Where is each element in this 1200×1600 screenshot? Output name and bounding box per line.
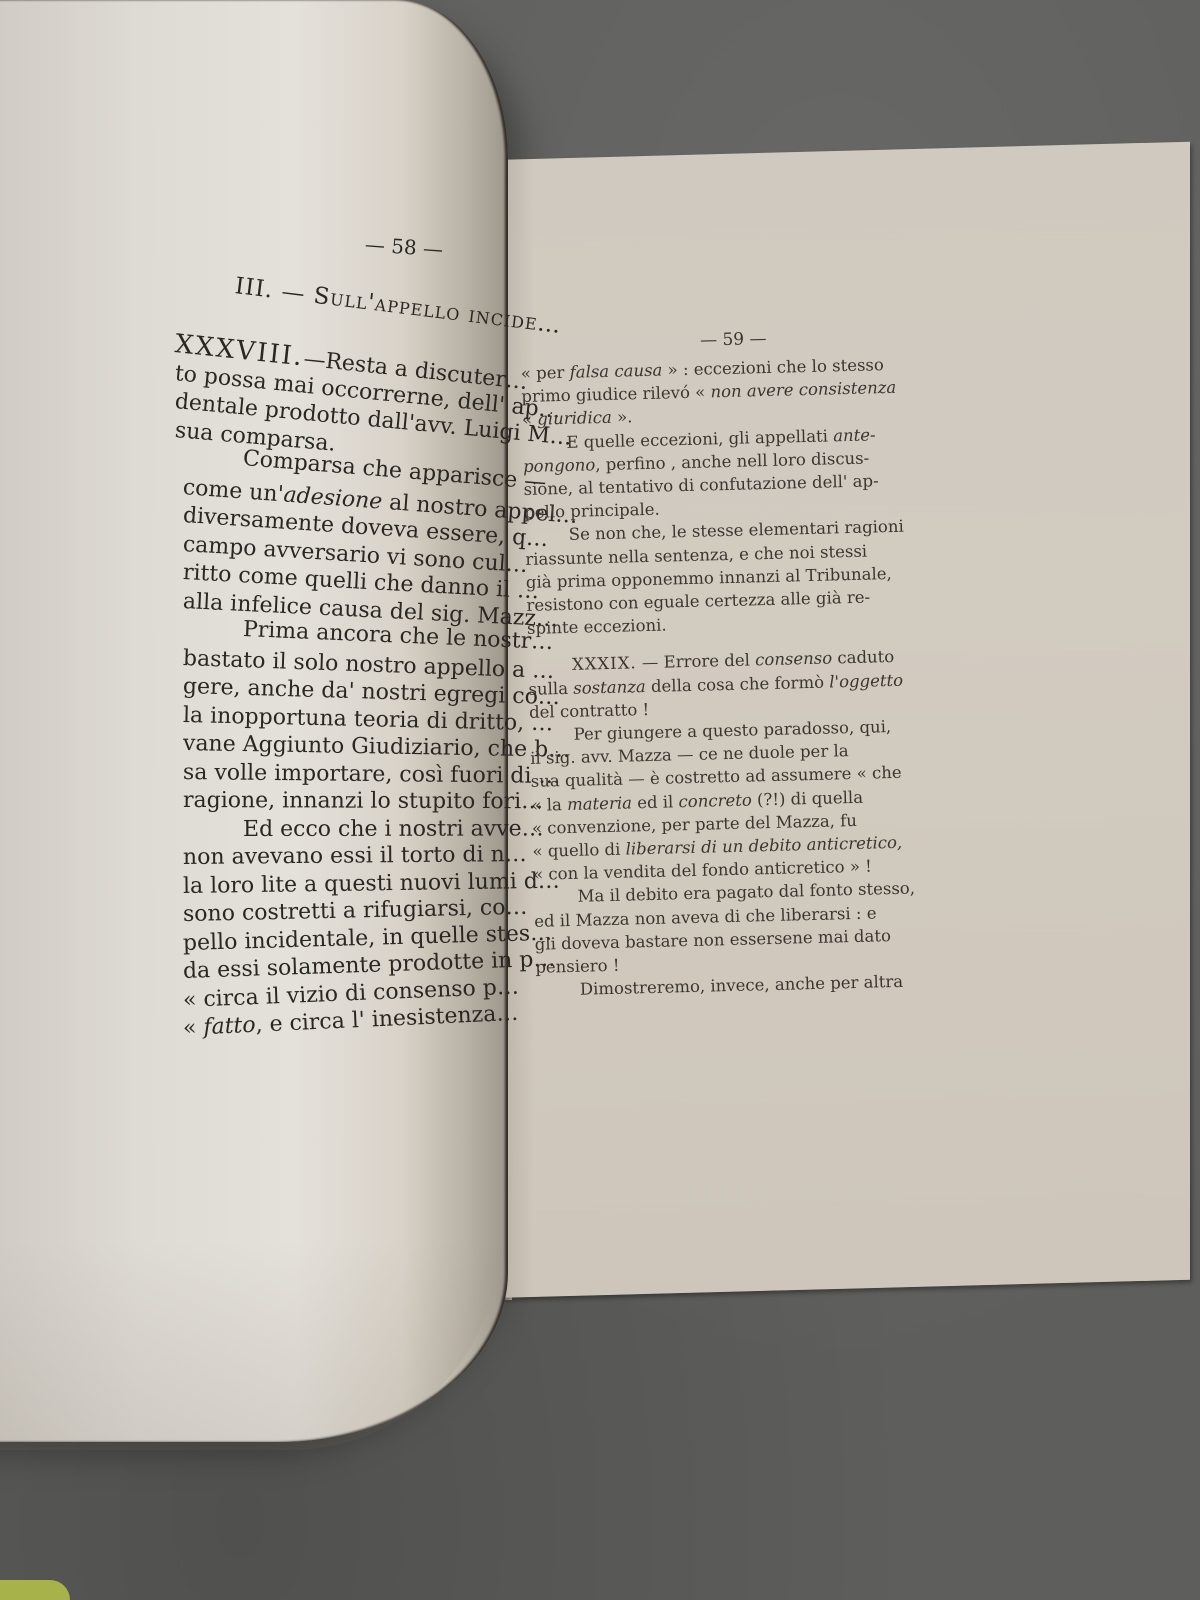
- text-run: non avevano essi il torto di n…: [183, 842, 527, 870]
- text-run: primo giudice rilevó «: [521, 383, 711, 407]
- text-run: ».: [612, 408, 633, 427]
- text-run: del contratto !: [529, 700, 650, 722]
- italic-text: pongono: [523, 455, 596, 476]
- text-line: ragione, innanzi lo stupito fori…: [183, 786, 543, 816]
- text-run: — Errore del: [636, 651, 755, 673]
- text-line: pensiero !: [535, 954, 620, 979]
- text-line: Ed ecco che i nostri avve…: [243, 814, 544, 844]
- text-line: del contratto !: [529, 698, 650, 724]
- italic-text: l'oggetto: [829, 670, 903, 691]
- italic-text: ante-: [833, 425, 876, 445]
- background-object: [0, 1580, 70, 1600]
- italic-text: sostanza: [573, 677, 646, 698]
- text-run: ragione, innanzi lo stupito fori…: [183, 788, 543, 814]
- text-run: « la: [531, 795, 567, 815]
- italic-text: concreto: [678, 790, 752, 811]
- text-line: pello principale.: [524, 498, 660, 524]
- page-number-58: — 58 —: [364, 230, 444, 264]
- text-run: pensiero !: [535, 956, 620, 977]
- italic-text: falsa causa: [569, 361, 662, 382]
- text-run: sa volle importare, così fuori di …: [183, 760, 561, 789]
- text-run: «: [522, 410, 538, 429]
- italic-text: fatto: [203, 1013, 256, 1040]
- text-run: ed il: [632, 792, 679, 812]
- text-run: » : eccezioni che lo stesso: [662, 355, 884, 379]
- text-run: (?!) di quella: [752, 787, 864, 809]
- text-run: «: [182, 1015, 204, 1041]
- text-run: pello principale.: [524, 500, 660, 522]
- italic-text: materia: [567, 793, 632, 814]
- text-run: Ed ecco che i nostri avve…: [243, 816, 544, 842]
- text-run: della cosa che formò: [645, 672, 829, 695]
- text-run: spinte eccezioni.: [527, 616, 667, 638]
- italic-text: consenso: [755, 649, 833, 670]
- italic-text: non avere consistenza: [710, 378, 896, 402]
- text-run: caduto: [832, 647, 895, 668]
- text-line: « giuridica ».: [522, 406, 633, 432]
- page-number-59: — 59 —: [700, 328, 767, 353]
- text-line: spinte eccezioni.: [527, 614, 667, 640]
- text-run: « quello di: [532, 840, 626, 861]
- italic-text: giuridica: [537, 408, 612, 429]
- text-run: sulla: [528, 678, 573, 698]
- text-run: « per: [521, 363, 570, 383]
- section-number: XXXIX.: [572, 654, 637, 675]
